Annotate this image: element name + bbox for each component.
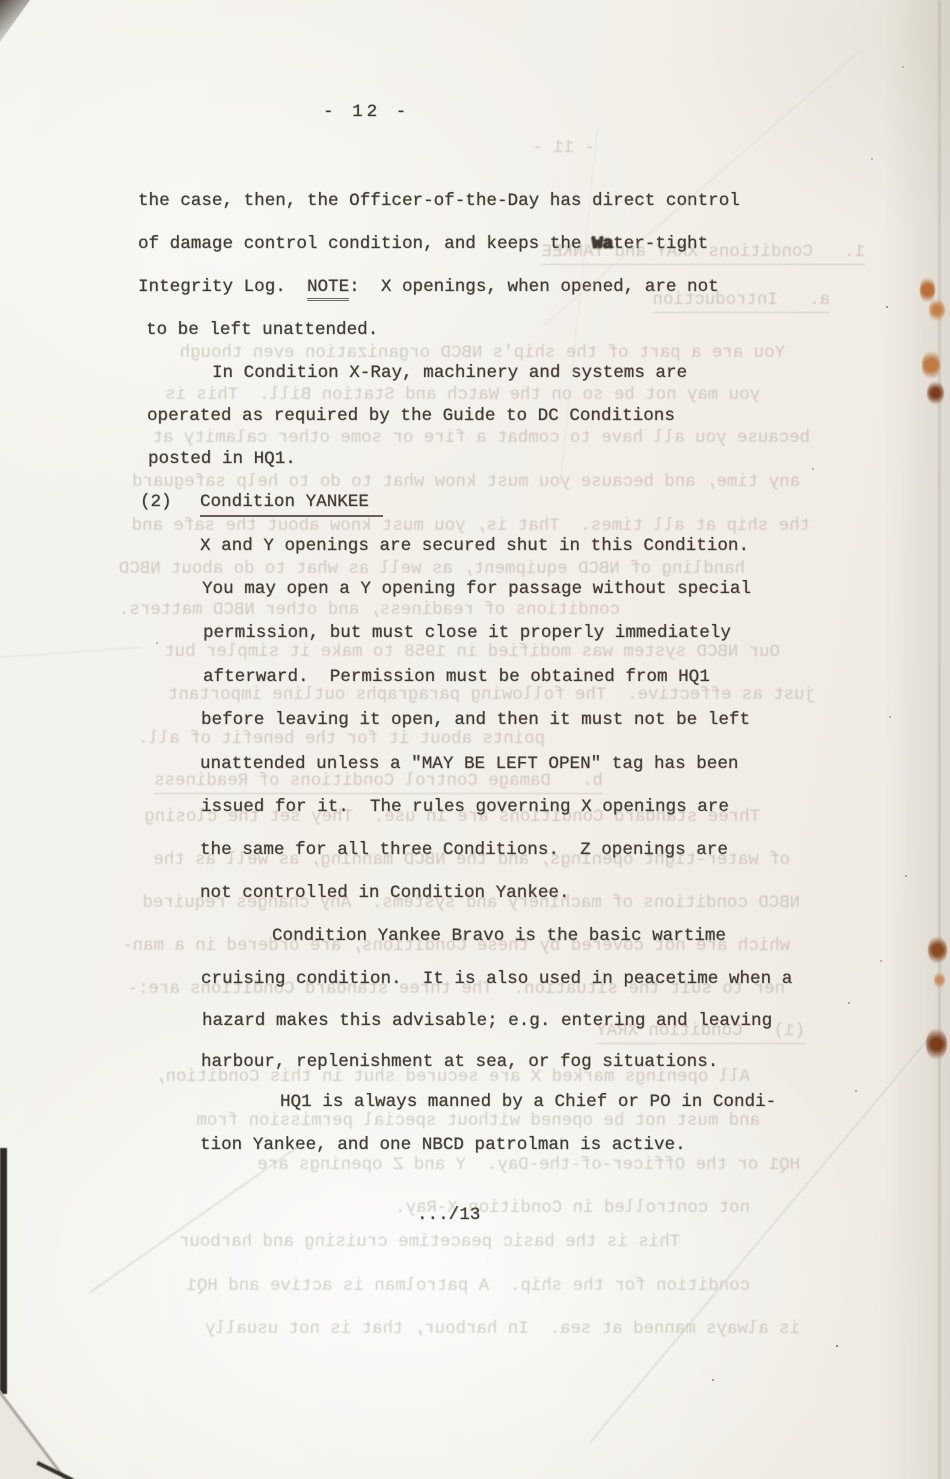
- typed-line: HQ1 is always manned by a Chief or PO in…: [280, 1090, 776, 1114]
- dark-left-edge: [0, 1148, 7, 1394]
- rust-stain: [920, 276, 935, 304]
- typed-segment: ter-tight: [613, 234, 708, 254]
- paper-crease: [0, 645, 140, 658]
- rust-stain: [926, 1028, 947, 1060]
- rust-stain: [927, 381, 944, 405]
- bleedthrough-line: HQ1 or the Officer-of-the-Day. Y and Z o…: [257, 1156, 800, 1175]
- typed-line: the case, then, the Officer-of-the-Day h…: [138, 189, 740, 213]
- bleedthrough-line: Our NBCD system was modified in 1958 to …: [164, 643, 780, 662]
- typed-line: Condition Yankee Bravo is the basic wart…: [272, 924, 726, 948]
- rust-stain: [929, 298, 945, 322]
- rust-stain: [922, 350, 940, 380]
- typed-line: the same for all three Conditions. Z ope…: [200, 838, 728, 862]
- typed-line: before leaving it open, and then it must…: [201, 708, 750, 732]
- bleedthrough-line: condition for the ship. A patrolman is a…: [186, 1277, 750, 1296]
- overstruck-text: Wa: [592, 234, 613, 254]
- page-number: - 12 -: [323, 100, 410, 124]
- rust-stain: [928, 936, 947, 964]
- typed-line: unattended unless a "MAY BE LEFT OPEN" t…: [200, 752, 738, 776]
- bleedthrough-layer: - 11 -1. Conditions XRAY and YANKEEa. In…: [0, 0, 950, 1479]
- typed-segment: of damage control condition, and keeps t…: [138, 234, 592, 254]
- page-right-fold-line: [938, 0, 941, 1479]
- fold-edge-line: [0, 1390, 66, 1479]
- bleedthrough-line: - 11 -: [532, 139, 595, 158]
- bleedthrough-line: is always manned at sea. In harbour, tha…: [205, 1320, 800, 1339]
- section-heading-number: (2): [140, 490, 172, 514]
- bleedthrough-line: points about it for the benefit of all.: [138, 730, 545, 749]
- fold-shadow: [36, 1461, 74, 1479]
- typed-line: issued for it. The rules governing X ope…: [201, 795, 729, 819]
- typed-line: tion Yankee, and one NBCD patrolman is a…: [200, 1133, 686, 1157]
- typed-line: operated as required by the Guide to DC …: [147, 404, 675, 428]
- dust-specks: [0, 0, 2, 2]
- typed-line: permission, but must close it properly i…: [203, 621, 731, 645]
- typed-line: harbour, replenishment at sea, or fog si…: [201, 1050, 718, 1074]
- bleedthrough-line: you may not be so on the Watch and Stati…: [165, 386, 760, 405]
- typed-line: not controlled in Condition Yankee.: [200, 881, 570, 905]
- rust-stain: [934, 972, 945, 988]
- bleedthrough-line: because you all have to combat a fire or…: [153, 429, 810, 448]
- typed-segment: Integrity Log.: [138, 277, 307, 297]
- bleedthrough-line: conditions of readiness, and other NBCD …: [119, 601, 620, 620]
- typed-line: cruising condition. It is also used in p…: [201, 967, 792, 991]
- paper-crease: [89, 1146, 300, 1295]
- underlined-note-label: NOTE: [307, 277, 349, 301]
- typed-line: Integrity Log. NOTE: X openings, when op…: [138, 275, 719, 299]
- typed-line: In Condition X-Ray, machinery and system…: [212, 361, 687, 385]
- typed-segment: : X openings, when opened, are not: [349, 277, 719, 297]
- folded-corner-bottom-left: [0, 1390, 66, 1479]
- paper-crease: [559, 128, 600, 486]
- underlined-heading-text: Condition YANKEE: [200, 492, 383, 517]
- page-right-shading: [884, 0, 950, 1479]
- bleedthrough-line: This is the basic peacetime cruising and…: [179, 1233, 680, 1252]
- section-heading: Condition YANKEE: [200, 490, 383, 514]
- continuation-marker: .../13: [417, 1203, 480, 1227]
- typed-line: afterward. Permission must be obtained f…: [203, 665, 710, 689]
- typed-line: to be left unattended.: [146, 318, 378, 342]
- curled-corner-top-left: [0, 0, 30, 42]
- bleedthrough-line: and must not be opened without special p…: [196, 1112, 760, 1131]
- typed-line: hazard makes this advisable; e.g. enteri…: [202, 1009, 772, 1033]
- scanned-typewritten-page: - 11 -1. Conditions XRAY and YANKEEa. In…: [0, 0, 950, 1479]
- typed-line: You may open a Y opening for passage wit…: [202, 577, 751, 601]
- typed-line: X and Y openings are secured shut in thi…: [200, 534, 749, 558]
- typed-line: posted in HQ1.: [148, 447, 296, 471]
- typed-line: of damage control condition, and keeps t…: [138, 232, 708, 256]
